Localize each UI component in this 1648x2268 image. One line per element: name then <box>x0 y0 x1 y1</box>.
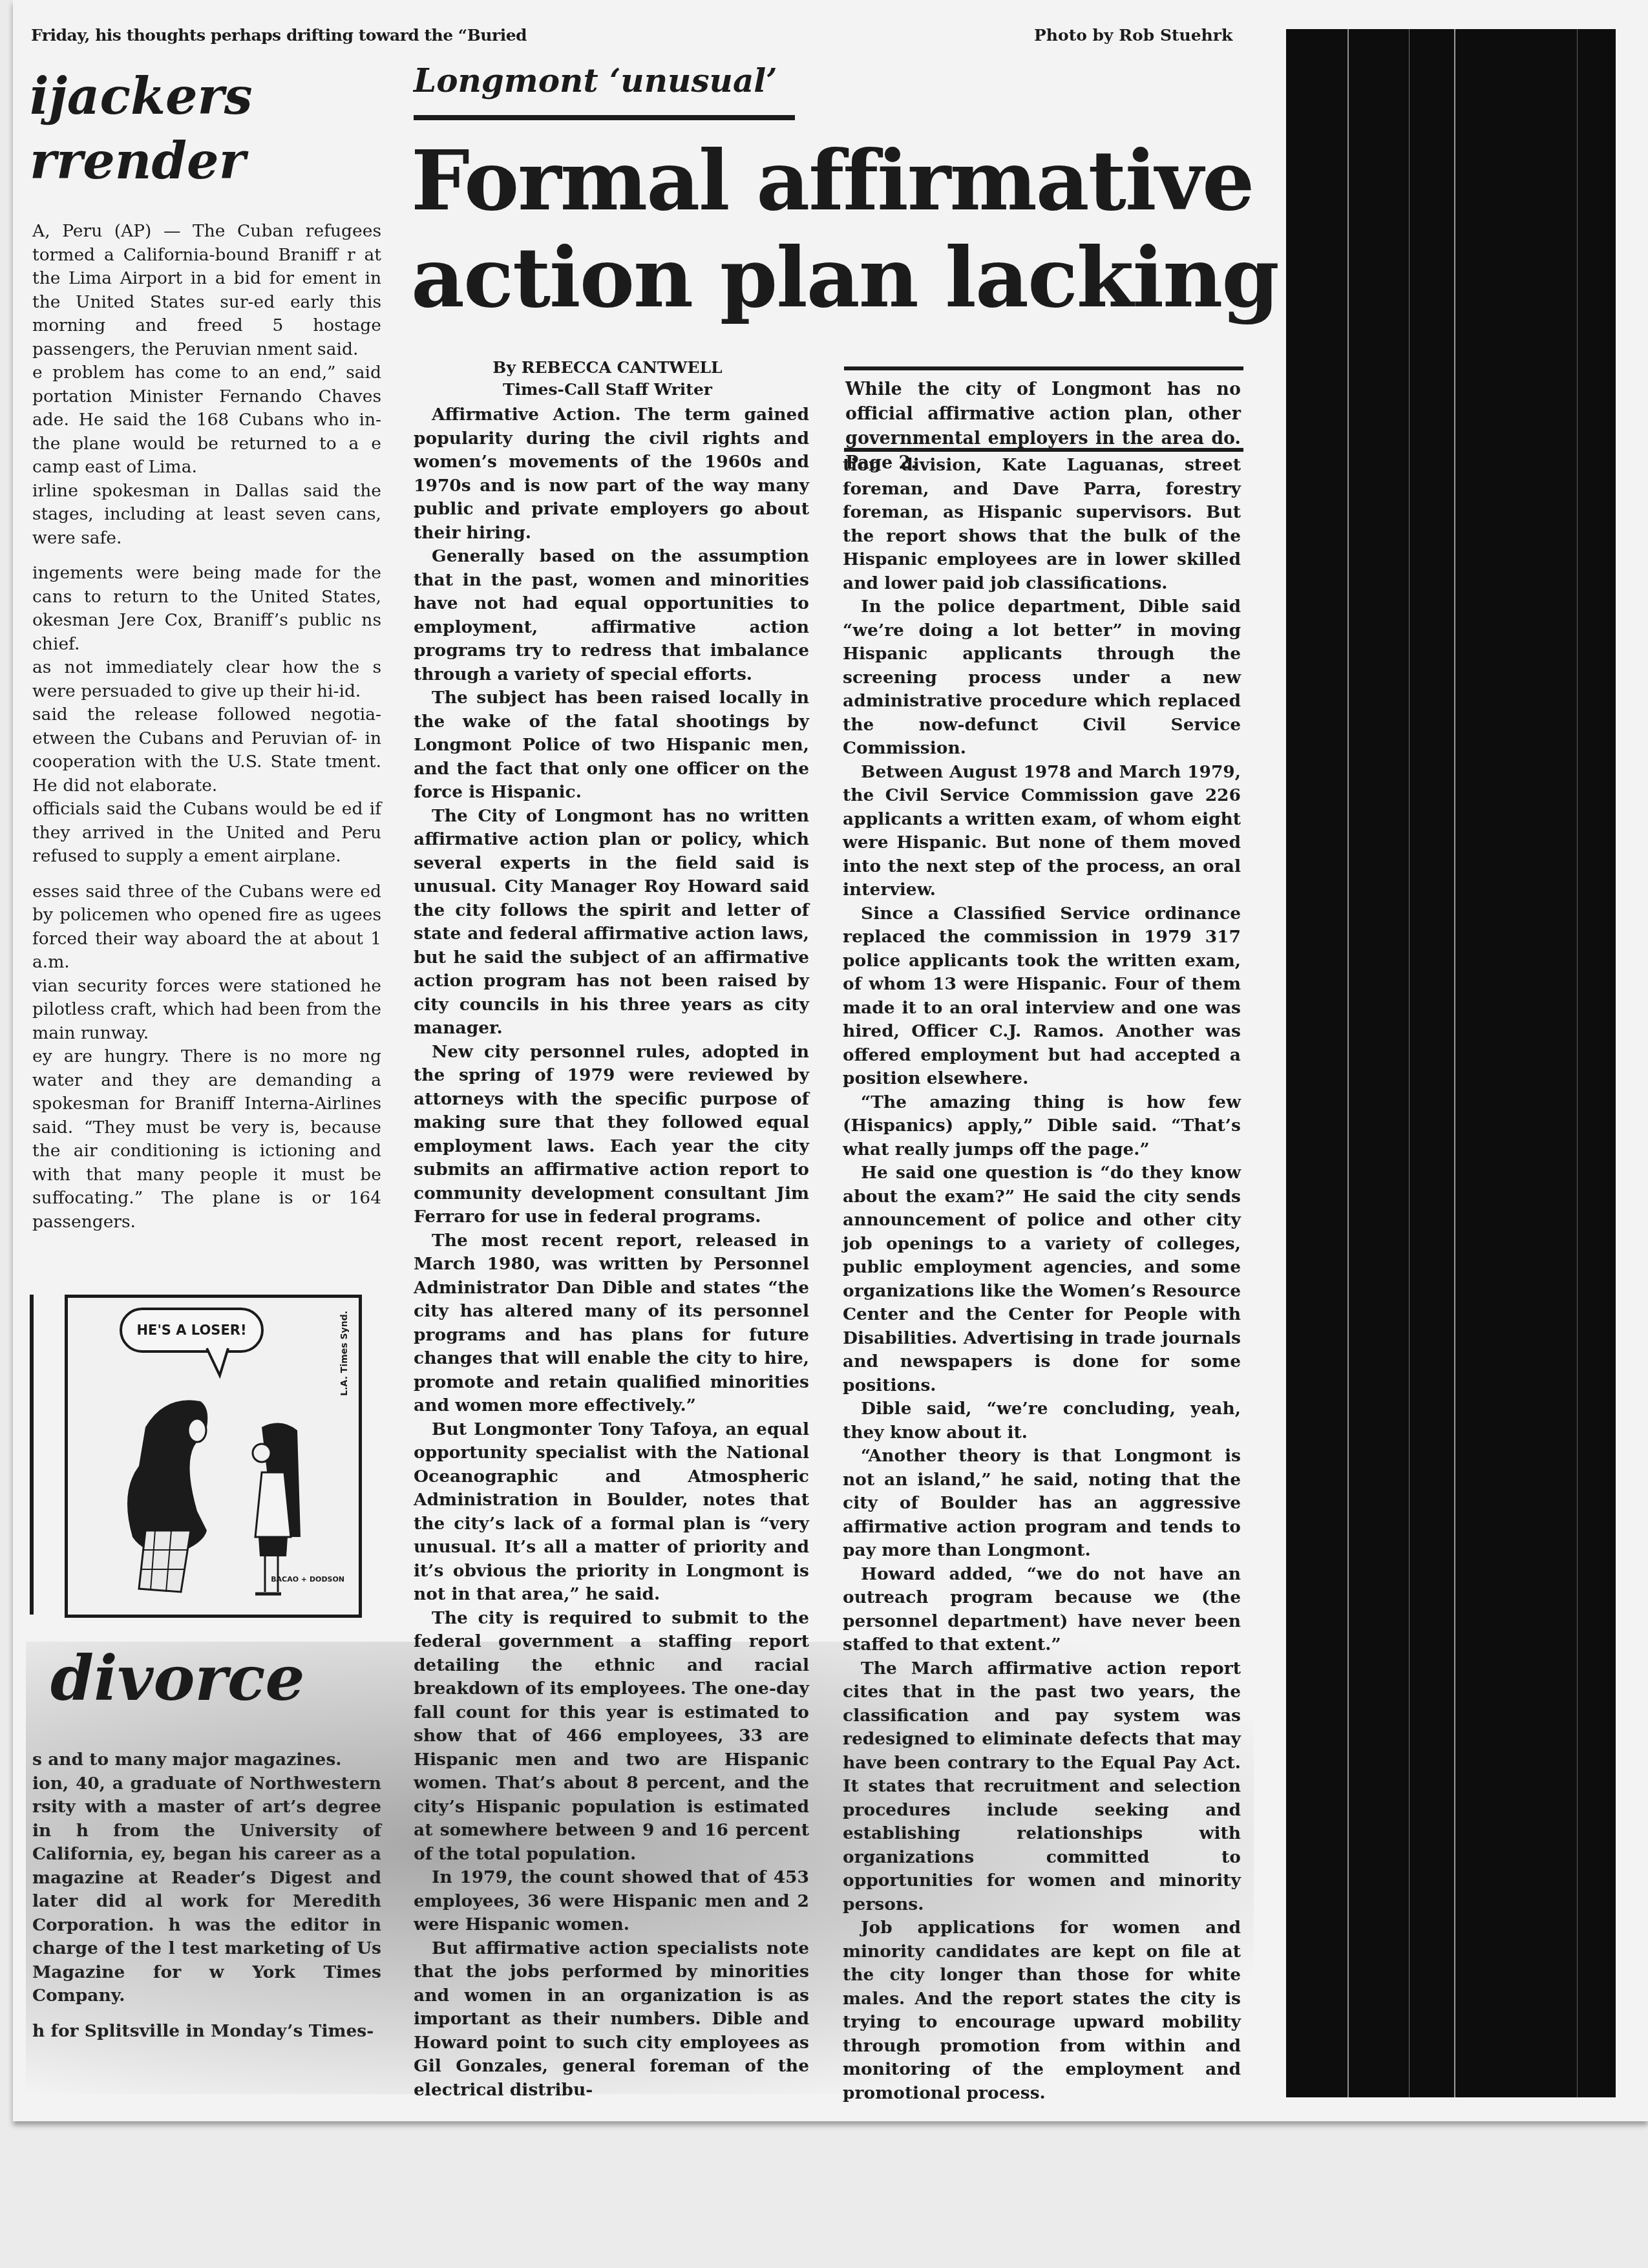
cartoon-figures-icon <box>68 1298 359 1615</box>
story-paragraph: The most recent report, released in Marc… <box>414 1229 809 1418</box>
story-paragraph: The City of Longmont has no written affi… <box>414 805 809 1041</box>
hijack-paragraph: said the release followed negotia-etween… <box>32 703 381 798</box>
main-headline-line1: Formal affirmative <box>411 132 1278 229</box>
kicker-rule <box>414 115 795 120</box>
cartoonist-signature: BACAO + DODSON <box>271 1576 344 1584</box>
story-paragraph: The subject has been raised locally in t… <box>414 686 809 805</box>
story-paragraph: Since a Classified Service ordinance rep… <box>843 902 1241 1091</box>
story-paragraph: But affirmative action specialists note … <box>414 1937 809 2103</box>
divorce-headline: divorce <box>50 1642 305 1715</box>
hijack-paragraph: as not immediately clear how the s were … <box>32 656 381 703</box>
hijack-paragraph: irline spokesman in Dallas said the stag… <box>32 480 381 551</box>
hijack-paragraph: ingements were being made for the cans t… <box>32 562 381 656</box>
story-paragraph: But Longmonter Tony Tafoya, an equal opp… <box>414 1418 809 1607</box>
scanner-dark-margin <box>1286 29 1616 2097</box>
story-paragraph: Between August 1978 and March 1979, the … <box>843 761 1241 902</box>
divorce-paragraph: h for Splitsville in Monday’s Times- <box>32 2020 381 2044</box>
hijack-paragraph: ey are hungry. There is no more ng water… <box>32 1045 381 1234</box>
hijack-paragraph: e problem has come to an end,” said port… <box>32 361 381 480</box>
byline-title: Times-Call Staff Writer <box>414 379 801 401</box>
divorce-story-body: s and to many major magazines. ion, 40, … <box>32 1748 381 2043</box>
hijack-headline-line2: rrender <box>30 129 366 194</box>
divorce-paragraph: ion, 40, a graduate of Northwestern rsit… <box>32 1772 381 2008</box>
story-paragraph: In 1979, the count showed that of 453 em… <box>414 1866 809 1937</box>
hijack-paragraph: A, Peru (AP) — The Cuban refugees tormed… <box>32 220 381 361</box>
story-kicker: Longmont ‘unusual’ <box>414 61 777 100</box>
photo-credit: Photo by Rob Stuehrk <box>1034 26 1232 45</box>
photo-caption-fragment: Friday, his thoughts perhaps drifting to… <box>31 26 527 45</box>
hijack-story-body: A, Peru (AP) — The Cuban refugees tormed… <box>32 220 381 1234</box>
hijack-headline-line1: ijackers <box>30 65 366 129</box>
hijack-paragraph: vian security forces were stationed he p… <box>32 975 381 1046</box>
main-story-column-1: Affirmative Action. The term gained popu… <box>414 403 809 2102</box>
story-paragraph: tion division, Kate Laguanas, street for… <box>843 454 1241 595</box>
byline: By REBECCA CANTWELL Times-Call Staff Wri… <box>414 357 801 401</box>
story-paragraph: “The amazing thing is how few (Hispanics… <box>843 1091 1241 1162</box>
cartoon-panel: HE'S A LOSER! L.A. Times Synd. BACAO + D… <box>65 1295 362 1618</box>
hijack-paragraph: esses said three of the Cubans were ed b… <box>32 880 381 975</box>
main-story-column-2: tion division, Kate Laguanas, street for… <box>843 454 1241 2105</box>
cartoon-adjacent-border <box>30 1295 34 1615</box>
byline-author: By REBECCA CANTWELL <box>414 357 801 379</box>
story-paragraph: The city is required to submit to the fe… <box>414 1607 809 1867</box>
refer-box-bottom-rule <box>844 448 1243 452</box>
story-paragraph: Howard added, “we do not have an outreac… <box>843 1563 1241 1657</box>
hijack-headline: ijackers rrender <box>30 65 366 194</box>
refer-box-top-rule <box>844 366 1243 370</box>
main-headline: Formal affirmative action plan lacking <box>411 132 1278 326</box>
story-paragraph: Job applications for women and minority … <box>843 1916 1241 2105</box>
main-headline-line2: action plan lacking <box>411 229 1278 326</box>
story-paragraph: In the police department, Dible said “we… <box>843 595 1241 761</box>
story-paragraph: He said one question is “do they know ab… <box>843 1161 1241 1397</box>
story-paragraph: Dible said, “we’re concluding, yeah, the… <box>843 1397 1241 1445</box>
story-paragraph: “Another theory is that Longmont is not … <box>843 1445 1241 1563</box>
hijack-paragraph: officials said the Cubans would be ed if… <box>32 798 381 869</box>
story-paragraph: The March affirmative action report cite… <box>843 1657 1241 1917</box>
story-paragraph: Generally based on the assumption that i… <box>414 545 809 686</box>
divorce-paragraph: s and to many major magazines. <box>32 1748 381 1772</box>
story-paragraph: Affirmative Action. The term gained popu… <box>414 403 809 545</box>
story-paragraph: New city personnel rules, adopted in the… <box>414 1041 809 1229</box>
